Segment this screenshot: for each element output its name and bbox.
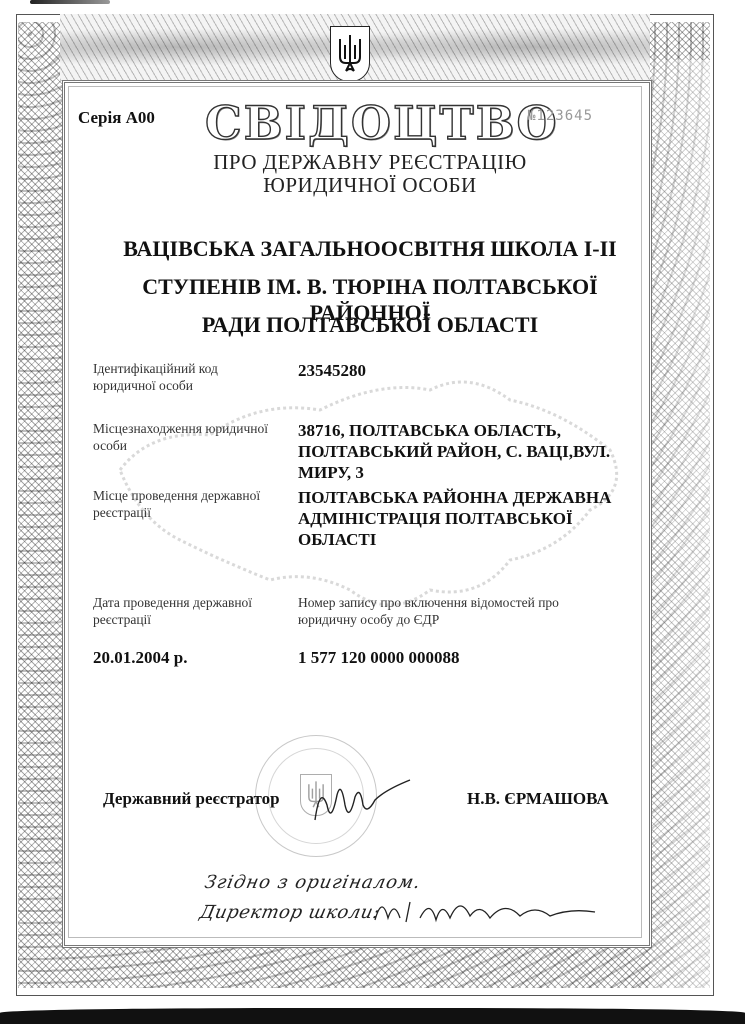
registration-date-label: Дата проведення державної реєстрації (93, 594, 293, 628)
document-subtitle-line2: ЮРИДИЧНОЇ ОСОБИ (130, 173, 610, 198)
entity-name-line1: ВАЦІВСЬКА ЗАГАЛЬНООСВІТНЯ ШКОЛА І-ІІ (90, 236, 650, 262)
registration-place-label: Місце проведення державної реєстрації (93, 487, 293, 521)
record-number-label: Номер запису про включення відомостей пр… (298, 594, 598, 628)
location-value: 38716, ПОЛТАВСЬКА ОБЛАСТЬ, ПОЛТАВСЬКИЙ Р… (298, 420, 628, 483)
scan-edge (0, 1008, 745, 1024)
scan-edge (30, 0, 110, 4)
scan-fade (650, 60, 710, 990)
document-title: СВІДОЦТВО (205, 96, 535, 150)
trident-icon (330, 26, 370, 82)
series-label: Серія А00 (78, 108, 155, 128)
director-signature (370, 890, 600, 930)
entity-name-line3: РАДИ ПОЛТАВСЬКОЇ ОБЛАСТІ (90, 312, 650, 338)
registrar-signature (305, 775, 415, 830)
id-code-label: Ідентифікаційний код юридичної особи (93, 360, 283, 394)
registrar-name: Н.В. ЄРМАШОВА (467, 789, 609, 809)
id-code-value: 23545280 (298, 360, 366, 381)
document-subtitle-line1: ПРО ДЕРЖАВНУ РЕЄСТРАЦІЮ (130, 150, 610, 175)
registrar-role: Державний реєстратор (103, 789, 280, 809)
record-number-value: 1 577 120 0000 000088 (298, 647, 460, 668)
registration-place-value: ПОЛТАВСЬКА РАЙОННА ДЕРЖАВНА АДМІНІСТРАЦІ… (298, 487, 628, 550)
certificate-number: №123645 (527, 108, 593, 124)
registration-date-value: 20.01.2004 р. (93, 647, 187, 668)
location-label: Місцезнаходження юридичної особи (93, 420, 283, 454)
handwritten-director: Директор школи: (198, 902, 382, 923)
